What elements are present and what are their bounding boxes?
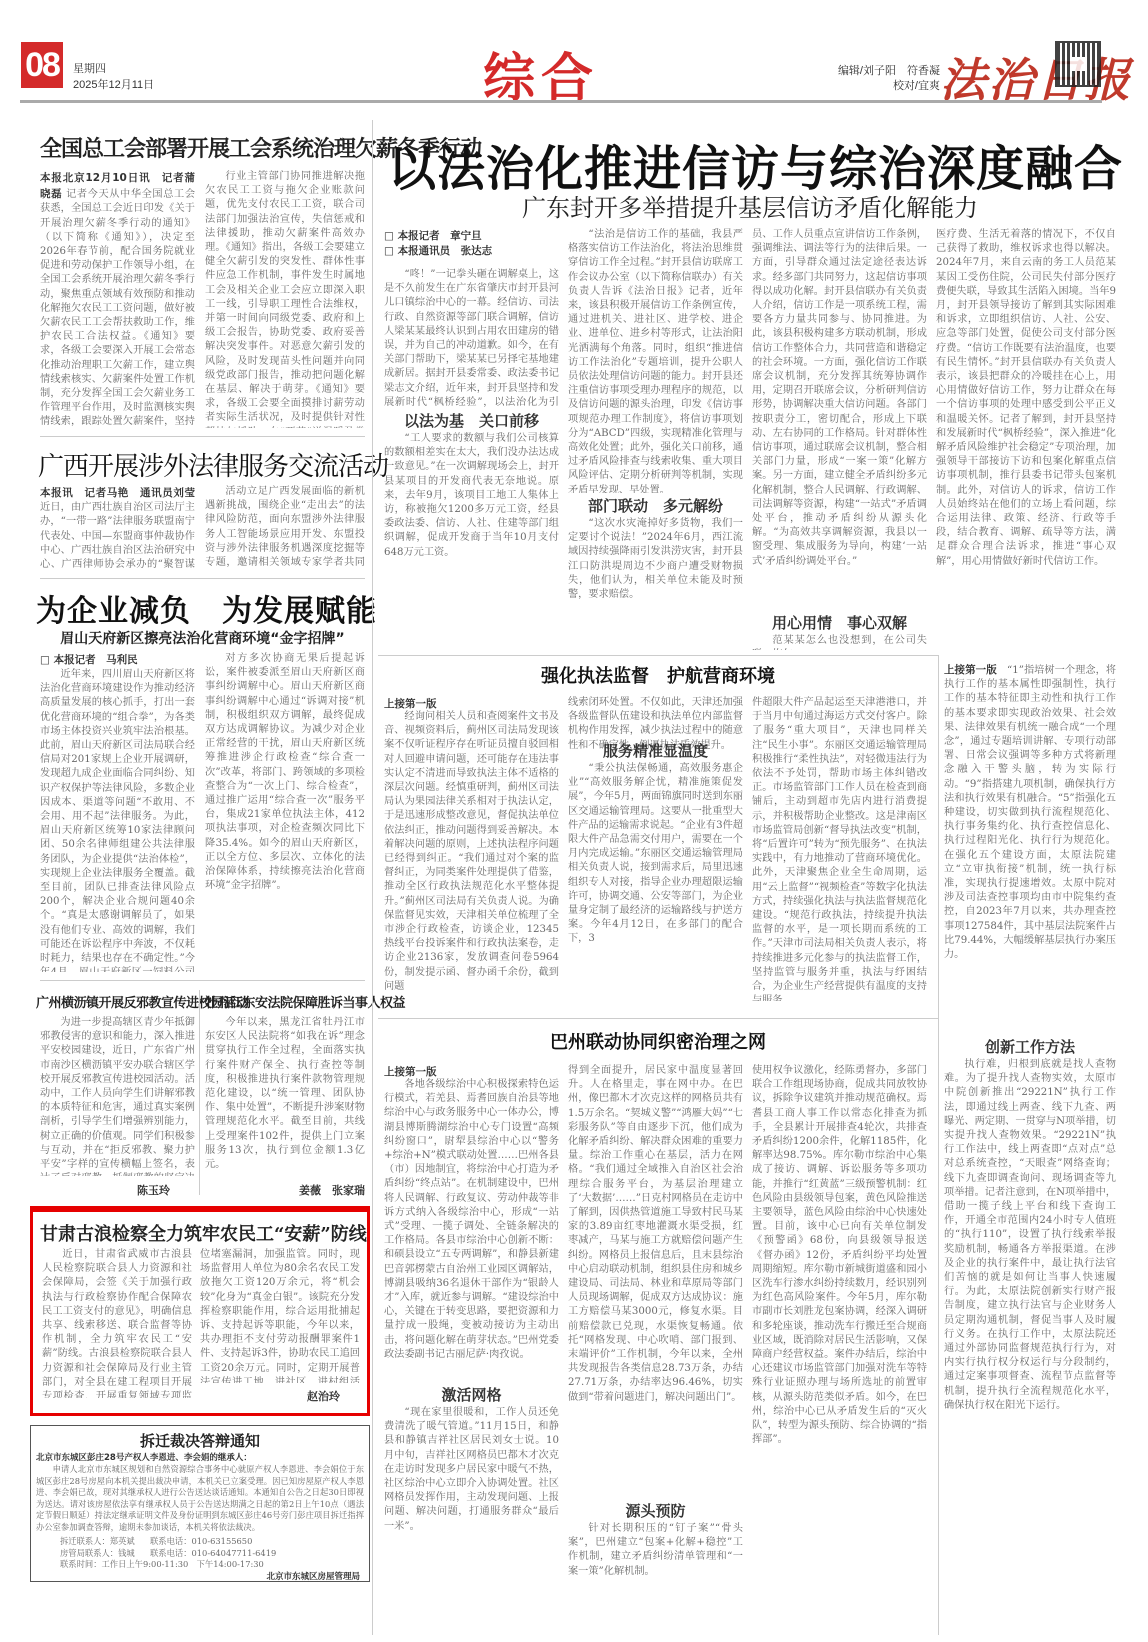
article-text: 今年以来，黑龙江省牡丹江市东安区人民法院将“如我在诉”理念贯穿执行工作全过程，全…: [205, 1016, 365, 1172]
article-body: “工人要求的数额与我们公司核算的数额相差实在太大，我们没办法达成一致意见。”在一…: [384, 432, 559, 640]
article-text: “这次水灾淹掉好多货物，我们一定要讨个说法！”2024年6月，西江流域因持续强降…: [568, 517, 743, 602]
article-body: 近日，甘肃省武威市古浪县人民检察院联合县人力资源和社会保障局，会签《关于加强行政…: [42, 1248, 192, 1398]
section-subhead: 用心用情 事心双解: [752, 612, 927, 633]
article-body: “法治是信访工作的基础，我县严格落实信访工作法治化，将法治思维贯穿信访工作全过程…: [568, 228, 743, 493]
notice-contacts: 拆迁联系人：郑英斌联系电话：010-63155650 房管局联系人：钱城联系电话…: [60, 1536, 360, 1571]
section-subhead: 服务精准显温度: [568, 740, 743, 761]
article-text: “秉公执法保畅通，高效服务惠企业”“高效服务解企忧，精准施策促发展”，今年5月，…: [568, 762, 743, 947]
article-title: 全国总工会部署开展工会系统治理欠薪冬季行动: [40, 132, 362, 163]
article-title: 甘肃古浪检察全力筑牢农民工“安薪”防线: [40, 1220, 362, 1246]
article-title: 强化执法监督 护航营商环境: [378, 662, 938, 688]
article-text: 使用权争议激化，经陈勇督办，多部门联合工作组现场协商，促成共同放牧协议，拆除争议…: [752, 1064, 927, 1447]
notice-title: 拆迁裁决答辩通知: [30, 1430, 370, 1451]
qr-code-icon[interactable]: [1055, 41, 1101, 87]
notice-recipient: 北京市东城区彭庄28号产权人李恩进、李会娟的继承人：: [36, 1451, 252, 1463]
article-body: 执行难，归根到底就是找人查物难。为了提升找人查物实效，太原市中院创新推出“292…: [944, 1058, 1116, 1633]
article-text: “现在家里很暖和，工作人员还免费清洗了暖气管道。”11月15日，和静县和静镇吉祥…: [384, 1406, 559, 1534]
article-body: 活动立足广西发展面临的新机遇新挑战，围绕企业“走出去”的法律风险防范，面向东盟涉…: [205, 485, 365, 570]
proofreader: 校对/宜爽: [830, 79, 940, 94]
article-text: 近日，甘肃省武威市古浪县人民检察院联合县人力资源和社会保障局，会签《关于加强行政…: [42, 1248, 192, 1398]
article-subtitle: 眉山天府新区擦亮法治化营商环境“金字招牌”: [40, 628, 365, 648]
article-body: 本报北京12月10日讯 记者蒲晓磊 记者今天从中华全国总工会获悉，全国总工会近日…: [40, 170, 195, 428]
divider: [40, 578, 365, 579]
article-body: 件超限大件产品起运至天津港港口，并于当月中旬通过海运方式交付客户。除了服务“重大…: [752, 696, 927, 1001]
lead-subtitle: 广东封开多举措提升基层信访矛盾化解能力: [370, 188, 1130, 223]
divider: [378, 655, 938, 656]
article-title: 广州横沥镇开展反邪教宣传进校园活动: [36, 992, 196, 1011]
contact-phone: 联系电话：010-63155650: [150, 1536, 252, 1546]
article-body: 经询问相关人员和查阅案件文书及音、视频资料后，蓟州区司法局发现该案不仅听证程序存…: [384, 710, 559, 1000]
article-text: 医疗费、生活无着落的情况下，不仅自己获得了救助，维权诉求也得以解决。2024年7…: [936, 228, 1116, 569]
article-title: 为企业减负 为发展赋能: [36, 586, 366, 630]
issue-date: 2025年12月11日: [73, 76, 154, 92]
article-body: 行业主管部门协同推进解决拖欠农民工工资与拖欠企业账款问题，优先支付农民工工资，联…: [205, 170, 365, 428]
article-text: 经询问相关人员和查阅案件文书及音、视频资料后，蓟州区司法局发现该案不仅听证程序存…: [384, 710, 559, 994]
continued-from: 上接第一版: [944, 664, 997, 676]
article-title: 牡丹江东安法院保障胜诉当事人权益: [205, 992, 365, 1011]
article-body: 员、工作人员重点宣讲信访工作条例，强调维法、调法等行为的法律后果。一方面，引导群…: [752, 228, 927, 608]
editor-credits: 编辑/刘子阳 符香凝 校对/宜爽: [830, 64, 940, 94]
article-text: 对方多次协商无果后提起诉讼，案件被委派至眉山天府新区商事纠纷调解中心。眉山天府新…: [205, 652, 365, 893]
section-subhead: 激活网格: [384, 1384, 559, 1405]
red-rule: [30, 1206, 370, 1212]
byline: □ 本报通讯员 张达志: [384, 243, 492, 258]
article-text: 记者今天从中华全国总工会获悉，全国总工会近日印发《关于开展治理欠薪冬季行动的通知…: [40, 189, 195, 428]
weekday: 星期四: [73, 60, 106, 76]
article-text: 近年来，四川眉山天府新区将法治化营商环境建设作为推动经济高质量发展的核心抓手，打…: [40, 668, 195, 972]
article-text: 为进一步提高辖区青少年抵御邪教侵害的意识和能力，深入推进平安校园建设，近日，广东…: [40, 1016, 195, 1176]
column-divider: [372, 120, 373, 1635]
article-body: 位堵塞漏洞，加强监管。同时，现场监督用人单位为80余名农民工发放拖欠工资120万…: [200, 1248, 360, 1383]
article-body: 近年来，四川眉山天府新区将法治化营商环境建设作为推动经济高质量发展的核心抓手，打…: [40, 668, 195, 972]
article-body: 对方多次协商无果后提起诉讼，案件被委派至眉山天府新区商事纠纷调解中心。眉山天府新…: [205, 652, 365, 972]
byline: □ 本报记者 马利民: [40, 652, 138, 667]
section-subhead: 部门联动 多元解纷: [568, 495, 743, 516]
article-text: “1”指培树一个理念，将执行工作的基本属性即强制性，执行工作的基本特征即主动性和…: [944, 665, 1116, 960]
article-text: 活动立足广西发展面临的新机遇新挑战，围绕企业“走出去”的法律风险防范，面向东盟涉…: [205, 485, 365, 570]
article-text: “工人要求的数额与我们公司核算的数额相差实在太大，我们没办法达成一致意见。”在一…: [384, 432, 559, 560]
divider: [378, 1018, 938, 1019]
divider: [199, 990, 200, 1195]
contact-name: 拆迁联系人：郑英斌: [60, 1536, 150, 1548]
continued-from: 上接第一版: [384, 1064, 437, 1079]
article-body: 得到全面提升，居民家中温度显著回升。人在格里走，事在网中办。在巴州，像巴都木才次…: [568, 1064, 743, 1494]
article-body: 为进一步提高辖区青少年抵御邪教侵害的意识和能力，深入推进平安校园建设，近日，广东…: [40, 1016, 195, 1176]
byline: 本报讯 记者马艳 通讯员刘莹: [40, 487, 195, 499]
article-body: “这次水灾淹掉好多货物，我们一定要讨个说法！”2024年6月，西江流域因持续强降…: [568, 517, 743, 640]
column-divider: [938, 655, 939, 1635]
contact-phone: 联系电话：010-64047711-6419: [150, 1548, 276, 1558]
article-body: 本报讯 记者马艳 通讯员刘莹 近日，由广西壮族自治区司法厅主办，“一带一路”法律…: [40, 485, 195, 570]
article-text: 行业主管部门协同推进解决拖欠农民工工资与拖欠企业账款问题，优先支付农民工工资，联…: [205, 170, 365, 428]
article-text: 件超限大件产品起运至天津港港口，并于当月中旬通过海运方式交付客户。除了服务“重大…: [752, 696, 927, 1001]
masthead-rule: [20, 100, 1102, 103]
signature: 陈玉玲: [40, 1182, 170, 1198]
article-text: 范某某怎么也没想到，在公司失联、拖欠: [752, 634, 927, 650]
article-text: 各地各级综治中心积极探索特色运行模式，若羌县、焉耆回族自治县等地综治中心与政务服…: [384, 1078, 559, 1362]
article-body: “现在家里很暖和，工作人员还免费清洗了暖气管道。”11月15日，和静县和静镇吉祥…: [384, 1406, 559, 1631]
editors: 编辑/刘子阳 符香凝: [830, 64, 940, 79]
contact-name: 房管局联系人：钱城: [60, 1548, 150, 1560]
article-body: 今年以来，黑龙江省牡丹江市东安区人民法院将“如我在诉”理念贯穿执行工作全过程，全…: [205, 1016, 365, 1176]
article-text: 执行难，归根到底就是找人查物难。为了提升找人查物实效，太原市中院创新推出“292…: [944, 1058, 1116, 1413]
article-body: “秉公执法保畅通，高效服务惠企业”“高效服务解企忧，精准施策促发展”，今年5月，…: [568, 762, 743, 1000]
article-body: 医疗费、生活无着落的情况下，不仅自己获得了救助，维权诉求也得以解决。2024年7…: [936, 228, 1116, 648]
signature: 姜薇 张家瑞: [205, 1182, 365, 1198]
divider: [40, 436, 365, 437]
divider: [40, 980, 365, 981]
article-body: “咚！”一记拳头砸在调解桌上，这是不久前发生在广东省肇庆市封开县河儿口镇综治中心…: [384, 268, 559, 408]
section-subhead: 以法为基 关口前移: [384, 410, 559, 431]
article-title: 巴州联动协同织密治理之网: [378, 1028, 938, 1054]
article-body: 使用权争议激化，经陈勇督办，多部门联合工作组现场协商，促成共同放牧协议，拆除争议…: [752, 1064, 927, 1632]
article-text: “法治是信访工作的基础，我县严格落实信访工作法治化，将法治思维贯穿信访工作全过程…: [568, 228, 743, 493]
article-body: 各地各级综治中心积极探索特色运行模式，若羌县、焉耆回族自治县等地综治中心与政务服…: [384, 1078, 559, 1378]
article-text: “咚！”一记拳头砸在调解桌上，这是不久前发生在广东省肇庆市封开县河儿口镇综治中心…: [384, 268, 559, 408]
article-text: 得到全面提升，居民家中温度显著回升。人在格里走，事在网中办。在巴州，像巴都木才次…: [568, 1064, 743, 1405]
byline: □ 本报记者 章宁旦: [384, 228, 482, 243]
article-title: 广西开展涉外法律服务交流活动: [38, 446, 366, 483]
article-body: 上接第一版 “1”指培树一个理念，将执行工作的基本属性即强制性，执行工作的基本特…: [944, 662, 1116, 992]
article-text: 位堵塞漏洞，加强监管。同时，现场监督用人单位为80余名农民工发放拖欠工资120万…: [200, 1248, 360, 1383]
contact-hours: 联系时间：工作日上午9:00-11:30 下午14:00-17:30: [60, 1559, 360, 1571]
section-subhead: 创新工作方法: [944, 1036, 1116, 1057]
notice-body: 申请人北京市东城区规划和自然资源综合事务中心就原产权人李恩进、李会娟位于东城区彭…: [36, 1464, 364, 1534]
notice-issuer: 北京市东城区房屋管理局: [200, 1570, 360, 1582]
page-number: 08: [21, 42, 63, 88]
notice-text: 申请人北京市东城区规划和自然资源综合事务中心就原产权人李恩进、李会娟位于东城区彭…: [36, 1464, 364, 1533]
article-text: 针对长期积压的“钉子案”“骨头案”，巴州建立“包案+化解+稳控”工作机制，建立矛…: [568, 1522, 743, 1579]
article-text: 员、工作人员重点宣讲信访工作条例，强调维法、调法等行为的法律后果。一方面，引导群…: [752, 228, 927, 569]
continued-from: 上接第一版: [384, 696, 437, 711]
article-body: 范某某怎么也没想到，在公司失联、拖欠: [752, 634, 927, 650]
article-body: 针对长期积压的“钉子案”“骨头案”，巴州建立“包案+化解+稳控”工作机制，建立矛…: [568, 1522, 743, 1632]
article-text: 近日，由广西壮族自治区司法厅主办，“一带一路”法律服务联盟南宁代表处、中国—东盟…: [40, 502, 195, 570]
signature: 赵治玲: [200, 1388, 340, 1404]
section-subhead: 源头预防: [568, 1500, 743, 1521]
